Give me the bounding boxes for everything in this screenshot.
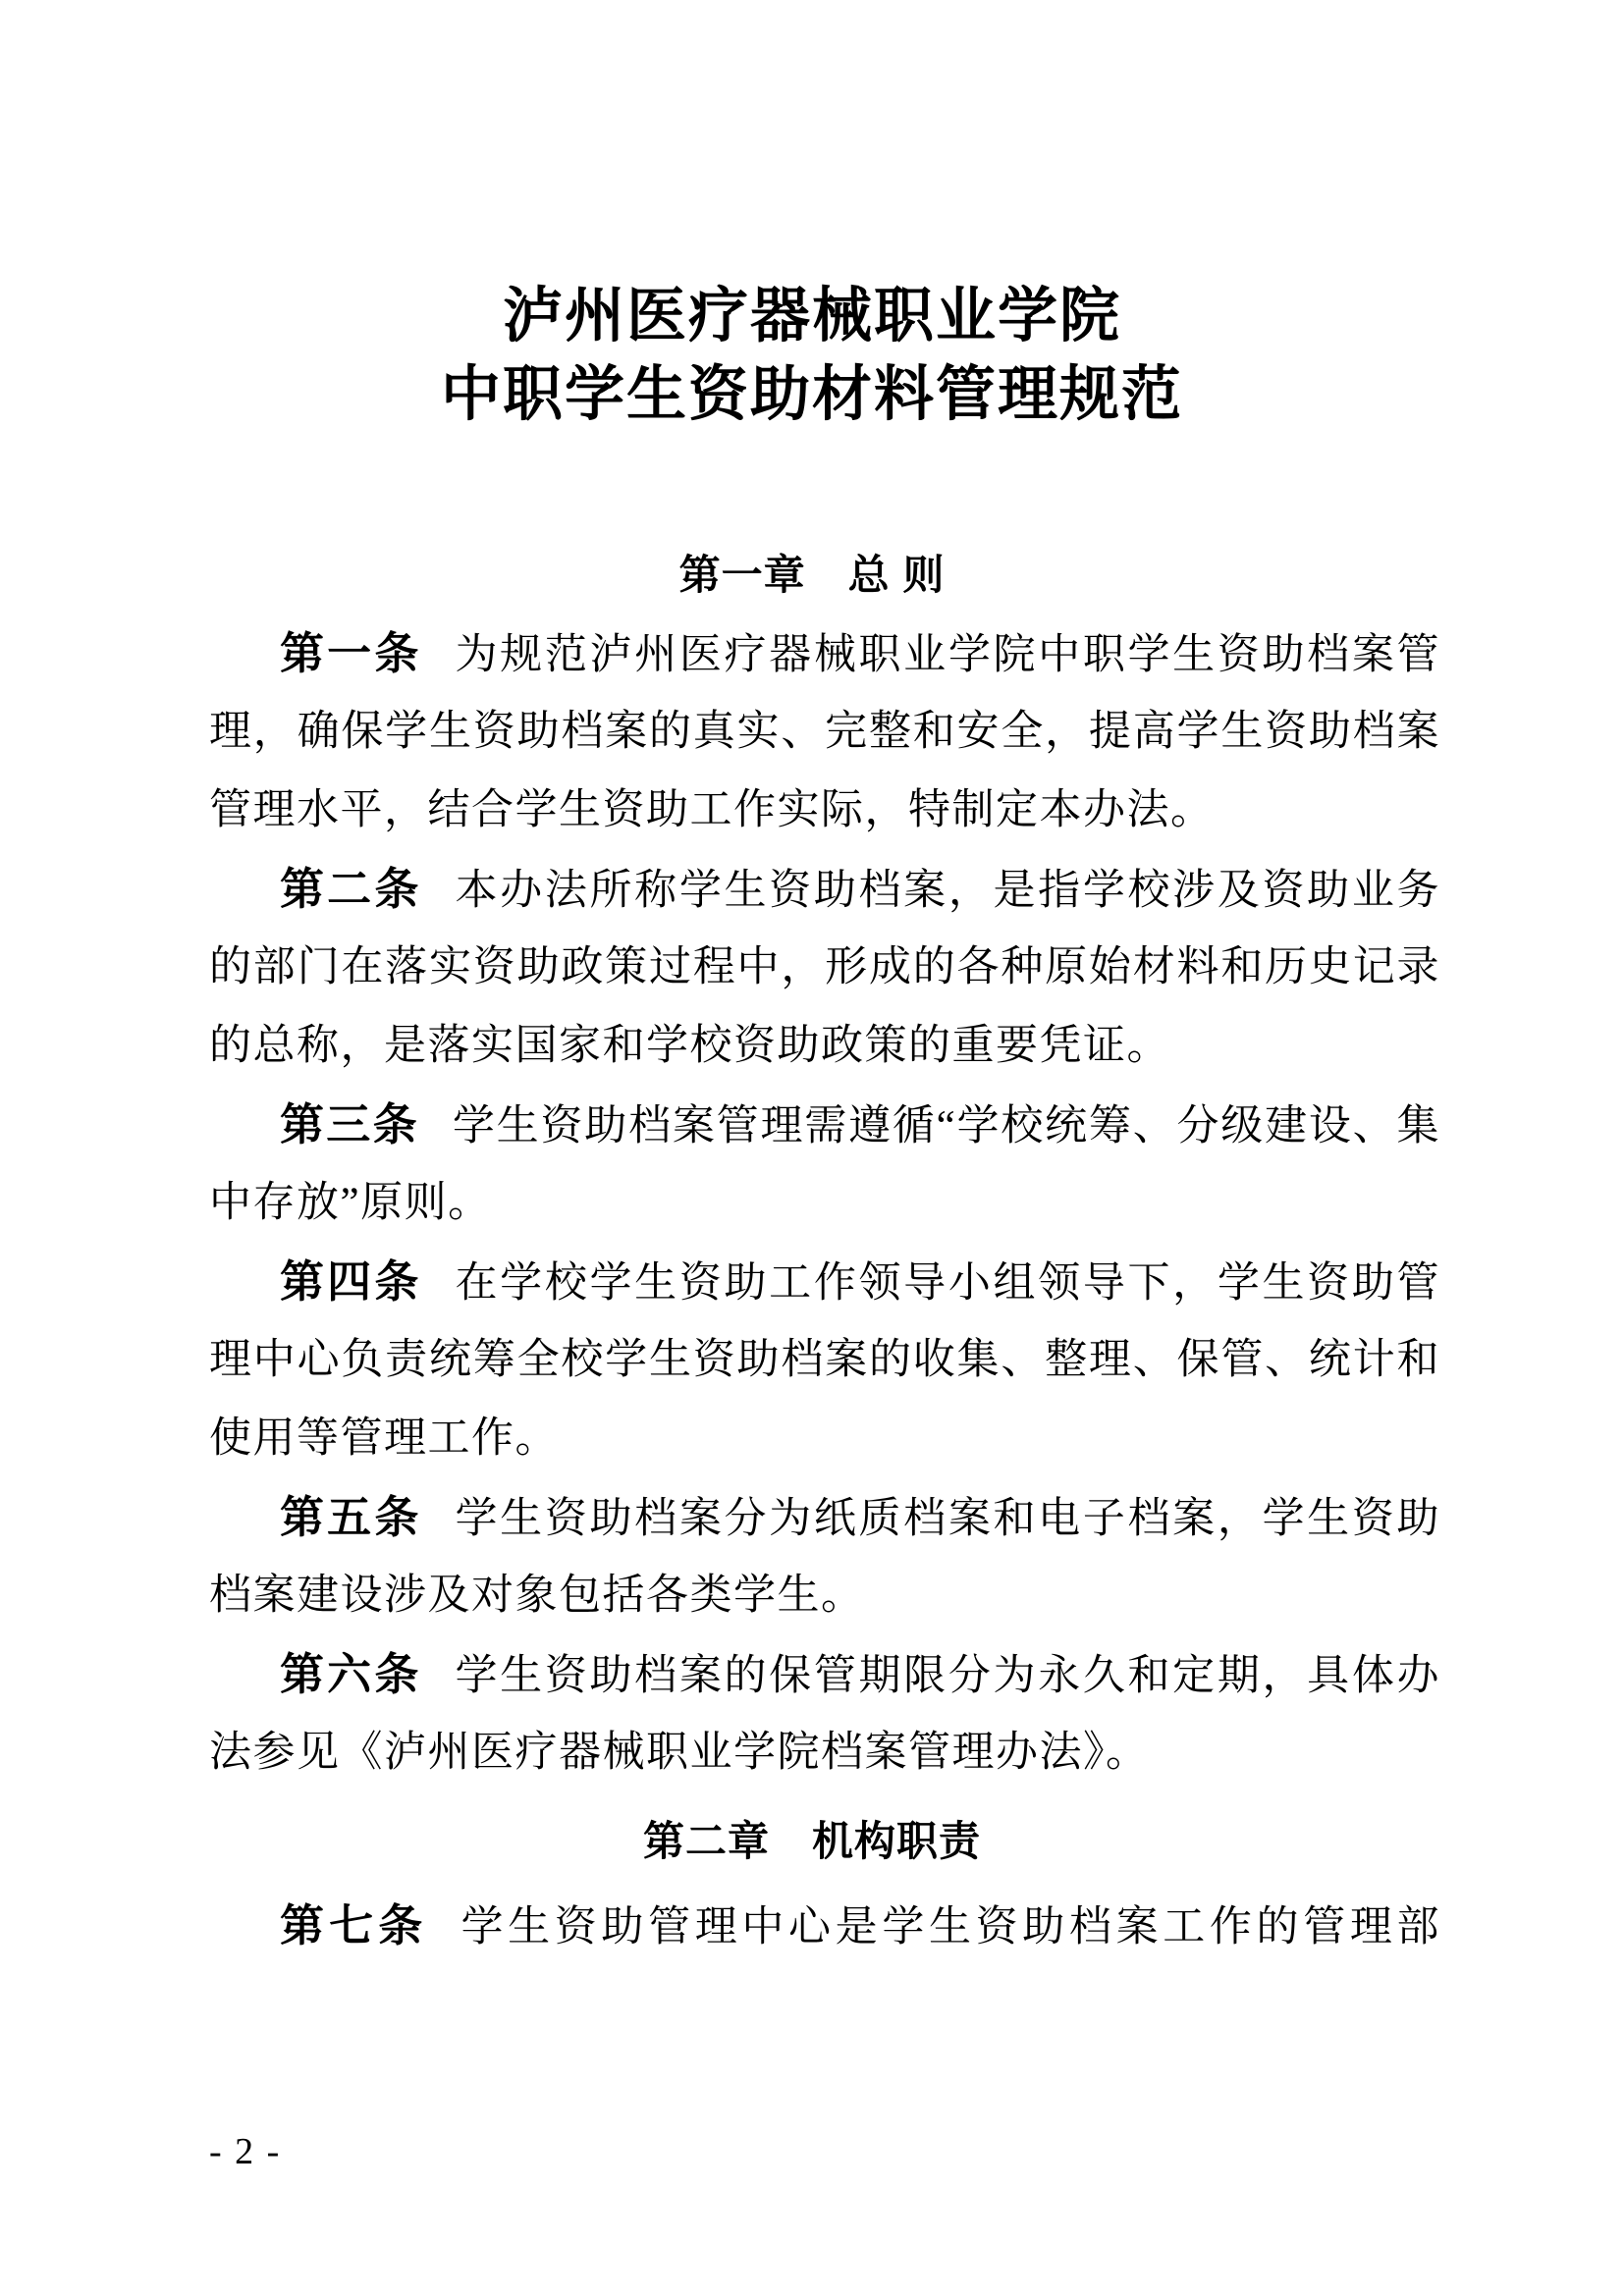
article-line: 理中心负责统筹全校学生资助档案的收集、整理、保管、统计和 — [209, 1321, 1440, 1400]
article-line: 法参见《泸州医疗器械职业学院档案管理办法》。 — [209, 1714, 1440, 1792]
article-line: 的总称，是落实国家和学校资助政策的重要凭证。 — [209, 1007, 1440, 1086]
doc-title-line-1: 泸州医疗器械职业学院 — [0, 278, 1624, 356]
article-line: 档案建设涉及对象包括各类学生。 — [209, 1557, 1440, 1635]
article-line: 第六条学生资助档案的保管期限分为永久和定期，具体办 — [209, 1635, 1440, 1714]
article-line-text: 理，确保学生资助档案的真实、完整和安全，提高学生资助档案 — [209, 709, 1440, 755]
article-label: 第二条 — [280, 865, 422, 914]
article-line-text: 理中心负责统筹全校学生资助档案的收集、整理、保管、统计和 — [209, 1337, 1440, 1383]
article-line: 的部门在落实资助政策过程中，形成的各种原始材料和历史记录 — [209, 929, 1440, 1007]
article-line-text: 法参见《泸州医疗器械职业学院档案管理办法》。 — [209, 1730, 1150, 1776]
article-line: 第一条为规范泸州医疗器械职业学院中职学生资助档案管 — [209, 614, 1440, 693]
article-line-text: 的部门在落实资助政策过程中，形成的各种原始材料和历史记录 — [209, 944, 1440, 990]
article-line: 使用等管理工作。 — [209, 1400, 1440, 1478]
article-line-text: 本办法所称学生资助档案，是指学校涉及资助业务 — [456, 868, 1441, 914]
chapter-1-heading: 第一章 总 则 — [0, 536, 1624, 614]
article-label: 第六条 — [280, 1650, 422, 1699]
article-label: 第四条 — [280, 1257, 422, 1307]
article-label: 第五条 — [280, 1493, 422, 1542]
article-line: 中存放”原则。 — [209, 1164, 1440, 1243]
article-line-text: 中存放”原则。 — [209, 1180, 492, 1226]
doc-title: 泸州医疗器械职业学院 中职学生资助材料管理规范 — [0, 278, 1624, 435]
chapter-2-heading: 第二章 机构职责 — [0, 1802, 1624, 1881]
article-line: 第二条本办法所称学生资助档案，是指学校涉及资助业务 — [209, 850, 1440, 929]
article-line-text: 档案建设涉及对象包括各类学生。 — [209, 1573, 865, 1619]
article-label: 第三条 — [280, 1100, 419, 1149]
article-line-text: 为规范泸州医疗器械职业学院中职学生资助档案管 — [456, 632, 1441, 678]
article-label: 第七条 — [280, 1901, 427, 1950]
body-text-continued: 第七条学生资助管理中心是学生资助档案工作的管理部 — [209, 1887, 1440, 1965]
article-line: 第五条学生资助档案分为纸质档案和电子档案，学生资助 — [209, 1478, 1440, 1557]
article-line-text: 学生资助档案的保管期限分为永久和定期，具体办 — [456, 1653, 1441, 1699]
article-line-text: 学生资助档案分为纸质档案和电子档案，学生资助 — [456, 1496, 1441, 1542]
article-line-text: 管理水平，结合学生资助工作实际，特制定本办法。 — [209, 787, 1215, 833]
article-line: 管理水平，结合学生资助工作实际，特制定本办法。 — [209, 772, 1440, 850]
article-line: 第七条学生资助管理中心是学生资助档案工作的管理部 — [209, 1887, 1440, 1965]
article-label: 第一条 — [280, 629, 422, 678]
article-line: 理，确保学生资助档案的真实、完整和安全，提高学生资助档案 — [209, 693, 1440, 772]
article-line-text: 的总称，是落实国家和学校资助政策的重要凭证。 — [209, 1023, 1170, 1069]
document-page: 泸州医疗器械职业学院 中职学生资助材料管理规范 第一章 总 则 第一条为规范泸州… — [0, 0, 1624, 2296]
article-line: 第三条学生资助档案管理需遵循“学校统筹、分级建设、集 — [209, 1086, 1440, 1164]
article-line-text: 在学校学生资助工作领导小组领导下，学生资助管 — [456, 1260, 1441, 1307]
page-number: - 2 - — [209, 2130, 281, 2173]
article-line-text: 学生资助档案管理需遵循“学校统筹、分级建设、集 — [453, 1103, 1440, 1149]
article-line: 第四条在学校学生资助工作领导小组领导下，学生资助管 — [209, 1243, 1440, 1321]
body-text: 第一条为规范泸州医疗器械职业学院中职学生资助档案管 理，确保学生资助档案的真实、… — [209, 614, 1440, 1792]
article-line-text: 学生资助管理中心是学生资助档案工作的管理部 — [460, 1904, 1440, 1950]
doc-title-line-2: 中职学生资助材料管理规范 — [0, 356, 1624, 435]
article-line-text: 使用等管理工作。 — [209, 1415, 559, 1462]
